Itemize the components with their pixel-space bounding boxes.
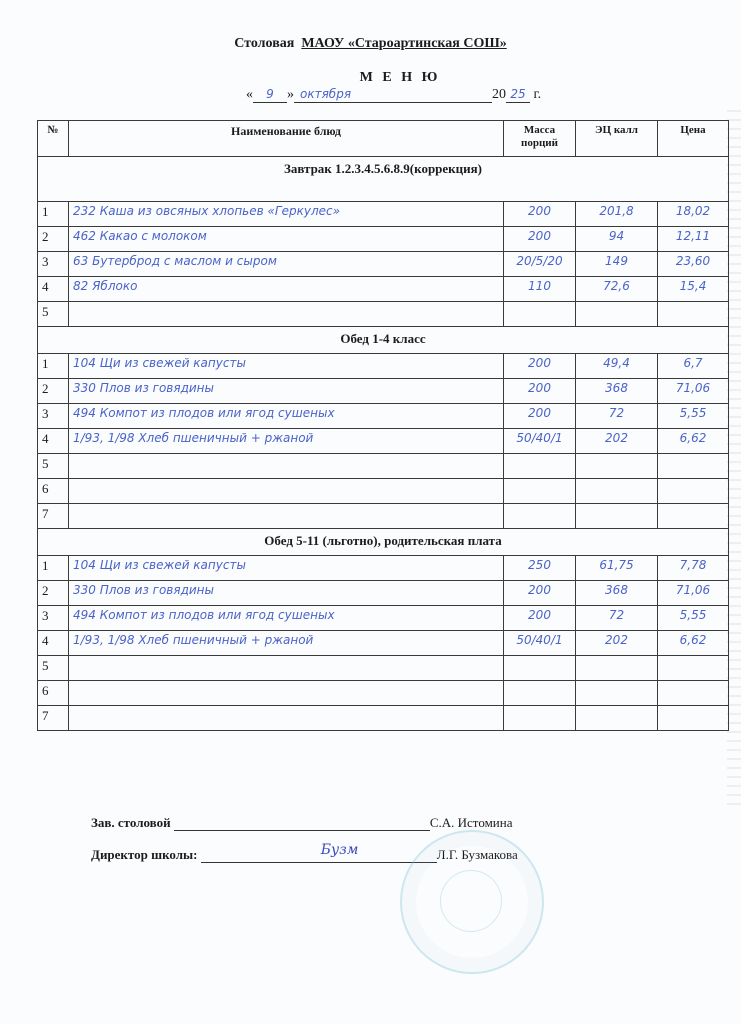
portion-mass: 50/40/1 xyxy=(504,429,576,454)
energy-value xyxy=(576,656,658,681)
price: 5,55 xyxy=(658,606,729,631)
row-number: 6 xyxy=(38,479,69,504)
portion-mass xyxy=(504,302,576,327)
price: 15,4 xyxy=(658,277,729,302)
table-row: 41/93, 1/98 Хлеб пшеничный + ржаной50/40… xyxy=(38,429,729,454)
canteen-head-sign-blank xyxy=(174,816,430,831)
canteen-head-signature-line: Зав. столовой С.А. Истомина xyxy=(91,815,512,831)
section-row: Обед 5-11 (льготно), родительская плата xyxy=(38,529,729,556)
dish-name: 330 Плов из говядины xyxy=(69,379,504,404)
energy-value xyxy=(576,504,658,529)
title-prefix: Столовая xyxy=(234,36,294,51)
table-row: 41/93, 1/98 Хлеб пшеничный + ржаной50/40… xyxy=(38,631,729,656)
price xyxy=(658,681,729,706)
section-title: Обед 1-4 класс xyxy=(38,327,729,354)
date-month: октября xyxy=(294,87,492,103)
table-row: 7 xyxy=(38,706,729,731)
table-header-row: № Наименование блюд Масса порций ЭЦ калл… xyxy=(38,121,729,157)
price xyxy=(658,454,729,479)
price: 71,06 xyxy=(658,581,729,606)
price: 23,60 xyxy=(658,252,729,277)
school-stamp xyxy=(400,830,544,974)
energy-value: 72,6 xyxy=(576,277,658,302)
dish-name: 462 Какао с молоком xyxy=(69,227,504,252)
row-number: 3 xyxy=(38,252,69,277)
row-number: 2 xyxy=(38,379,69,404)
col-header-mass: Масса порций xyxy=(504,121,576,157)
table-row: 482 Яблоко11072,615,4 xyxy=(38,277,729,302)
portion-mass: 200 xyxy=(504,581,576,606)
col-header-num: № xyxy=(38,121,69,157)
title-org: МАОУ «Староартинская СОШ» xyxy=(301,36,506,51)
portion-mass xyxy=(504,656,576,681)
energy-value xyxy=(576,681,658,706)
row-number: 2 xyxy=(38,581,69,606)
table-row: 5 xyxy=(38,454,729,479)
portion-mass: 200 xyxy=(504,354,576,379)
portion-mass: 50/40/1 xyxy=(504,631,576,656)
row-number: 3 xyxy=(38,404,69,429)
canteen-head-name: С.А. Истомина xyxy=(430,815,513,830)
energy-value: 202 xyxy=(576,429,658,454)
table-row: 3494 Компот из плодов или ягод сушеных20… xyxy=(38,404,729,429)
table-row: 2330 Плов из говядины20036871,06 xyxy=(38,581,729,606)
energy-value xyxy=(576,454,658,479)
price: 12,11 xyxy=(658,227,729,252)
energy-value: 49,4 xyxy=(576,354,658,379)
portion-mass xyxy=(504,504,576,529)
date-open-quote: « xyxy=(246,87,253,102)
portion-mass xyxy=(504,479,576,504)
portion-mass: 110 xyxy=(504,277,576,302)
dish-name: 104 Щи из свежей капусты xyxy=(69,354,504,379)
dish-name xyxy=(69,302,504,327)
price: 6,62 xyxy=(658,631,729,656)
table-row: 3494 Компот из плодов или ягод сушеных20… xyxy=(38,606,729,631)
date-close-quote: » xyxy=(287,87,294,102)
portion-mass: 200 xyxy=(504,606,576,631)
table-row: 2330 Плов из говядины20036871,06 xyxy=(38,379,729,404)
dish-name xyxy=(69,706,504,731)
row-number: 4 xyxy=(38,631,69,656)
price xyxy=(658,656,729,681)
date-line: «9»октября2025 г. xyxy=(246,87,541,103)
table-row: 6 xyxy=(38,479,729,504)
row-number: 1 xyxy=(38,556,69,581)
price xyxy=(658,504,729,529)
energy-value: 201,8 xyxy=(576,202,658,227)
dish-name xyxy=(69,681,504,706)
energy-value xyxy=(576,302,658,327)
canteen-head-label: Зав. столовой xyxy=(91,815,171,830)
col-header-price: Цена xyxy=(658,121,729,157)
row-number: 4 xyxy=(38,429,69,454)
row-number: 1 xyxy=(38,354,69,379)
menu-heading: М Е Н Ю xyxy=(0,70,741,86)
portion-mass: 200 xyxy=(504,227,576,252)
dish-name: 494 Компот из плодов или ягод сушеных xyxy=(69,404,504,429)
date-year-suffix: 25 xyxy=(506,87,530,103)
row-number: 1 xyxy=(38,202,69,227)
director-signature: Бузм xyxy=(321,842,359,858)
price xyxy=(658,302,729,327)
energy-value xyxy=(576,706,658,731)
date-day: 9 xyxy=(253,87,287,103)
dish-name: 494 Компот из плодов или ягод сушеных xyxy=(69,606,504,631)
row-number: 5 xyxy=(38,656,69,681)
section-row: Обед 1-4 класс xyxy=(38,327,729,354)
dish-name: 63 Бутерброд с маслом и сыром xyxy=(69,252,504,277)
section-row: Завтрак 1.2.3.4.5.6.8.9(коррекция) xyxy=(38,157,729,202)
dish-name: 82 Яблоко xyxy=(69,277,504,302)
portion-mass: 20/5/20 xyxy=(504,252,576,277)
energy-value: 61,75 xyxy=(576,556,658,581)
stamp-emblem xyxy=(440,870,502,932)
portion-mass: 200 xyxy=(504,379,576,404)
energy-value: 202 xyxy=(576,631,658,656)
date-year-prefix: 20 xyxy=(492,87,506,102)
dish-name xyxy=(69,656,504,681)
price: 5,55 xyxy=(658,404,729,429)
energy-value: 368 xyxy=(576,581,658,606)
table-row: 1104 Щи из свежей капусты20049,46,7 xyxy=(38,354,729,379)
dish-name: 1/93, 1/98 Хлеб пшеничный + ржаной xyxy=(69,631,504,656)
row-number: 4 xyxy=(38,277,69,302)
energy-value: 94 xyxy=(576,227,658,252)
portion-mass xyxy=(504,706,576,731)
row-number: 2 xyxy=(38,227,69,252)
table-row: 1104 Щи из свежей капусты25061,757,78 xyxy=(38,556,729,581)
portion-mass xyxy=(504,681,576,706)
portion-mass: 250 xyxy=(504,556,576,581)
director-label: Директор школы: xyxy=(91,847,198,862)
dish-name xyxy=(69,504,504,529)
dish-name xyxy=(69,479,504,504)
price: 18,02 xyxy=(658,202,729,227)
price xyxy=(658,479,729,504)
portion-mass: 200 xyxy=(504,404,576,429)
row-number: 6 xyxy=(38,681,69,706)
table-row: 1232 Каша из овсяных хлопьев «Геркулес»2… xyxy=(38,202,729,227)
portion-mass: 200 xyxy=(504,202,576,227)
row-number: 5 xyxy=(38,454,69,479)
col-header-kcal: ЭЦ калл xyxy=(576,121,658,157)
energy-value: 149 xyxy=(576,252,658,277)
row-number: 5 xyxy=(38,302,69,327)
price: 71,06 xyxy=(658,379,729,404)
energy-value: 72 xyxy=(576,404,658,429)
energy-value xyxy=(576,479,658,504)
section-title: Обед 5-11 (льготно), родительская плата xyxy=(38,529,729,556)
col-header-name: Наименование блюд xyxy=(69,121,504,157)
dish-name: 1/93, 1/98 Хлеб пшеничный + ржаной xyxy=(69,429,504,454)
dish-name: 330 Плов из говядины xyxy=(69,581,504,606)
section-title: Завтрак 1.2.3.4.5.6.8.9(коррекция) xyxy=(38,157,729,202)
document-title: Столовая МАОУ «Староартинская СОШ» xyxy=(0,36,741,52)
row-number: 7 xyxy=(38,706,69,731)
price: 7,78 xyxy=(658,556,729,581)
row-number: 7 xyxy=(38,504,69,529)
date-year-tail: г. xyxy=(534,87,542,102)
dish-name xyxy=(69,454,504,479)
table-row: 6 xyxy=(38,681,729,706)
scan-edge-noise xyxy=(727,110,741,810)
dish-name: 232 Каша из овсяных хлопьев «Геркулес» xyxy=(69,202,504,227)
row-number: 3 xyxy=(38,606,69,631)
table-row: 5 xyxy=(38,302,729,327)
table-row: 7 xyxy=(38,504,729,529)
price xyxy=(658,706,729,731)
table-row: 363 Бутерброд с маслом и сыром20/5/20149… xyxy=(38,252,729,277)
portion-mass xyxy=(504,454,576,479)
price: 6,62 xyxy=(658,429,729,454)
energy-value: 72 xyxy=(576,606,658,631)
table-row: 2462 Какао с молоком2009412,11 xyxy=(38,227,729,252)
dish-name: 104 Щи из свежей капусты xyxy=(69,556,504,581)
energy-value: 368 xyxy=(576,379,658,404)
table-row: 5 xyxy=(38,656,729,681)
director-sign-blank: Бузм xyxy=(201,848,437,863)
price: 6,7 xyxy=(658,354,729,379)
menu-table: № Наименование блюд Масса порций ЭЦ калл… xyxy=(37,120,729,731)
